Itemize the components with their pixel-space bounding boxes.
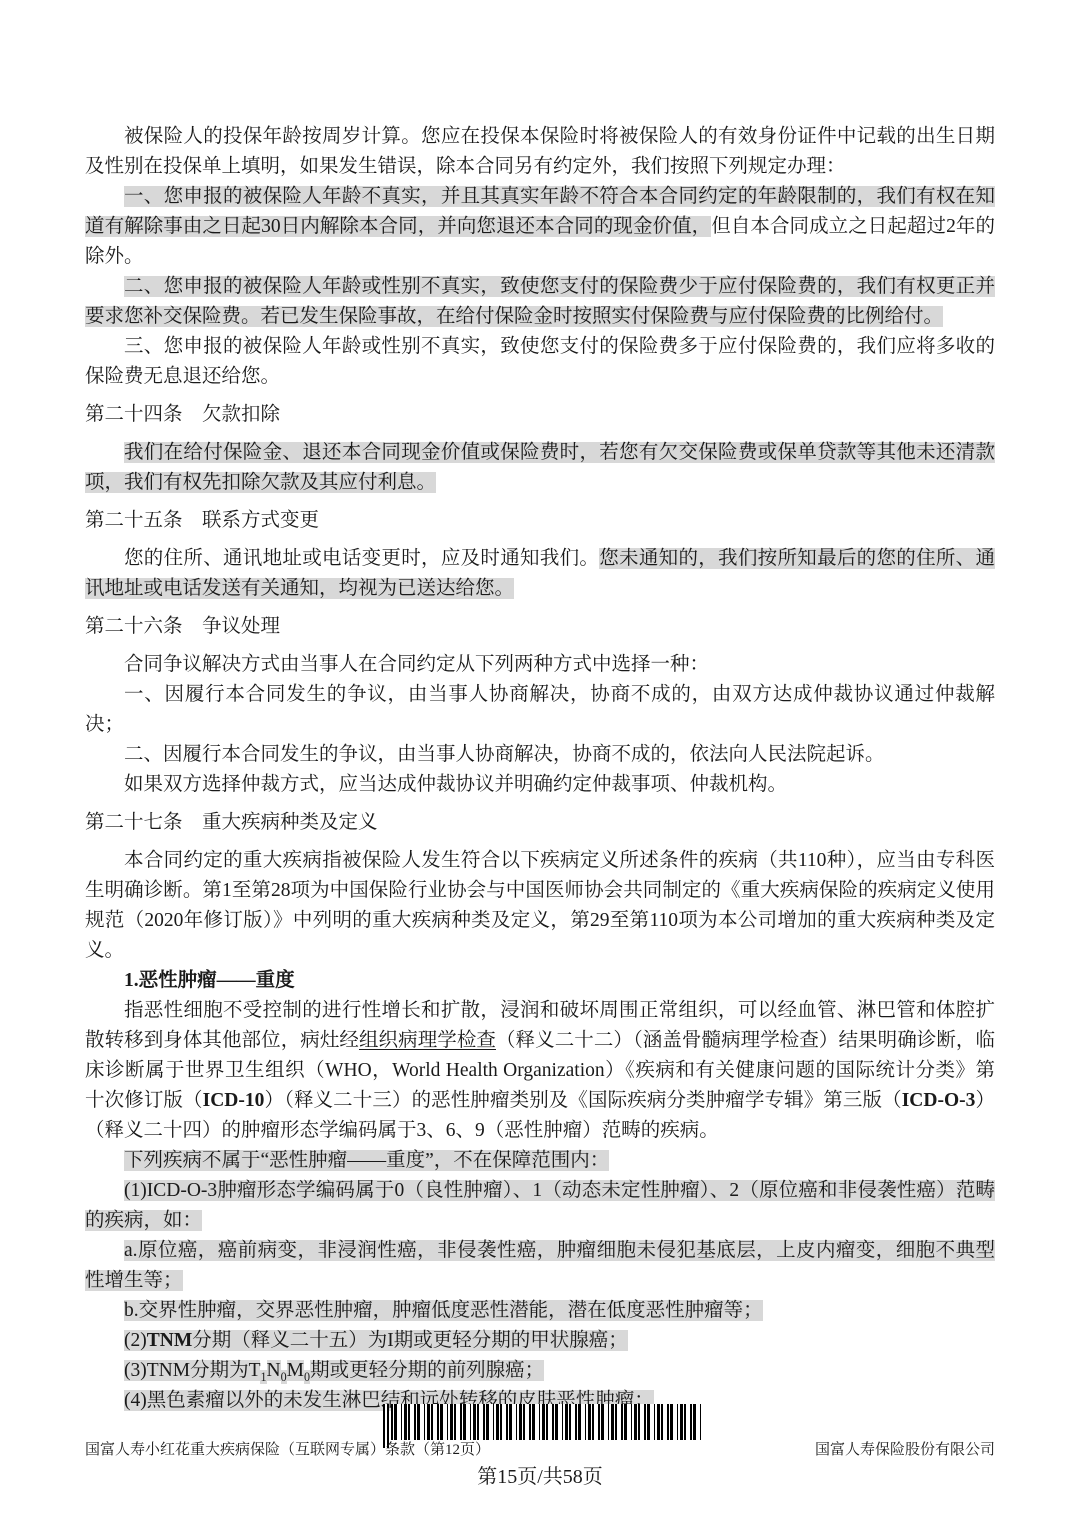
paragraph: (3)TNM分期为T1N0M0期或更轻分期的前列腺癌； [85,1356,995,1386]
text-segment: (2) [124,1330,147,1351]
section-heading: 第二十五条 联系方式变更 [85,506,995,536]
paragraph: (1)ICD-O-3肿瘤形态学编码属于0（良性肿瘤）、1（动态未定性肿瘤）、2（… [85,1176,995,1236]
paragraph: 合同争议解决方式由当事人在合同约定从下列两种方式中选择一种： [85,650,995,680]
text-segment: (1)ICD-O-3肿瘤形态学编码属于0（良性肿瘤）、1（动态未定性肿瘤）、2（… [85,1180,995,1231]
paragraph: b.交界性肿瘤，交界恶性肿瘤，肿瘤低度恶性潜能，潜在低度恶性肿瘤等； [85,1296,995,1326]
text-segment: 第二十五条 联系方式变更 [85,510,319,531]
document-body: 被保险人的投保年龄按周岁计算。您应在投保本保险时将被保险人的有效身份证件中记载的… [85,122,995,1416]
document-page: 被保险人的投保年龄按周岁计算。您应在投保本保险时将被保险人的有效身份证件中记载的… [0,0,1080,1528]
text-segment: 我们在给付保险金、退还本合同现金价值或保险费时，若您有欠交保险费或保单贷款等其他… [85,442,995,493]
text-segment: 您的住所、通讯地址或电话变更时，应及时通知我们。 [124,548,599,569]
text-segment: 如果双方选择仲裁方式，应当达成仲裁协议并明确约定仲裁事项、仲裁机构。 [124,774,787,795]
text-segment: 一、因履行本合同发生的争议，由当事人协商解决，协商不成的，由双方达成仲裁协议通过… [85,684,995,735]
paragraph: 二、因履行本合同发生的争议，由当事人协商解决，协商不成的，依法向人民法院起诉。 [85,740,995,770]
paragraph: 如果双方选择仲裁方式，应当达成仲裁协议并明确约定仲裁事项、仲裁机构。 [85,770,995,800]
page-number-indicator: 第15页/共58页 [0,1460,1080,1489]
text-segment: 下列疾病不属于“恶性肿瘤——重度”，不在保障范围内： [124,1150,609,1171]
text-segment: a.原位癌，癌前病变，非浸润性癌，非侵袭性癌，肿瘤细胞未侵犯基底层，上皮内瘤变，… [85,1240,995,1291]
text-segment: (3)TNM分期为T [124,1360,260,1381]
text-segment: 1.恶性肿瘤——重度 [124,970,295,991]
paragraph: 下列疾病不属于“恶性肿瘤——重度”，不在保障范围内： [85,1146,995,1176]
paragraph: 被保险人的投保年龄按周岁计算。您应在投保本保险时将被保险人的有效身份证件中记载的… [85,122,995,182]
text-segment: 三、您申报的被保险人年龄或性别不真实，致使您支付的保险费多于应付保险费的，我们应… [85,336,995,387]
section-heading: 第二十四条 欠款扣除 [85,400,995,430]
paragraph: (2)TNM分期（释义二十五）为I期或更轻分期的甲状腺癌； [85,1326,995,1356]
text-segment: 二、因履行本合同发生的争议，由当事人协商解决，协商不成的，依法向人民法院起诉。 [124,744,885,765]
text-segment: 期或更轻分期的前列腺癌； [310,1360,544,1381]
paragraph: 三、您申报的被保险人年龄或性别不真实，致使您支付的保险费多于应付保险费的，我们应… [85,332,995,392]
paragraph: 指恶性细胞不受控制的进行性增长和扩散，浸润和破坏周围正常组织，可以经血管、淋巴管… [85,996,995,1146]
paragraph: 我们在给付保险金、退还本合同现金价值或保险费时，若您有欠交保险费或保单贷款等其他… [85,438,995,498]
text-segment: 二、您申报的被保险人年龄或性别不真实，致使您支付的保险费少于应付保险费的，我们有… [85,276,995,327]
text-segment: ICD-O-3 [902,1090,976,1111]
footer-left-product-name: 国富人寿小红花重大疾病保险（互联网专属）条款（第12页） [85,1438,490,1459]
text-segment: 第二十七条 重大疾病种类及定义 [85,812,378,833]
barcode-icon [391,1404,701,1440]
section-heading: 第二十六条 争议处理 [85,612,995,642]
text-segment: TNM [147,1330,193,1351]
footer: 国富人寿小红花重大疾病保险（互联网专属）条款（第12页） 国富人寿保险股份有限公… [85,1438,995,1459]
footer-right-company-name: 国富人寿保险股份有限公司 [815,1438,995,1459]
paragraph: 一、因履行本合同发生的争议，由当事人协商解决，协商不成的，由双方达成仲裁协议通过… [85,680,995,740]
paragraph: 二、您申报的被保险人年龄或性别不真实，致使您支付的保险费少于应付保险费的，我们有… [85,272,995,332]
paragraph: a.原位癌，癌前病变，非浸润性癌，非侵袭性癌，肿瘤细胞未侵犯基底层，上皮内瘤变，… [85,1236,995,1296]
text-segment: 第二十六条 争议处理 [85,616,280,637]
text-segment: 1 [260,1370,266,1384]
text-segment: M [287,1360,304,1381]
text-segment: 0 [281,1370,287,1384]
paragraph: 1.恶性肿瘤——重度 [85,966,995,996]
paragraph: 本合同约定的重大疾病指被保险人发生符合以下疾病定义所述条件的疾病（共110种），… [85,846,995,966]
text-segment: 本合同约定的重大疾病指被保险人发生符合以下疾病定义所述条件的疾病（共110种），… [85,850,995,961]
barcode [383,1404,701,1442]
text-segment: 第二十四条 欠款扣除 [85,404,280,425]
text-segment: 分期（释义二十五）为I期或更轻分期的甲状腺癌； [192,1330,628,1351]
text-segment: 组织病理学检查 [359,1030,496,1051]
text-segment: 合同争议解决方式由当事人在合同约定从下列两种方式中选择一种： [124,654,709,675]
paragraph: 您的住所、通讯地址或电话变更时，应及时通知我们。您未通知的，我们按所知最后的您的… [85,544,995,604]
text-segment: ICD-10 [203,1090,265,1111]
section-heading: 第二十七条 重大疾病种类及定义 [85,808,995,838]
paragraph: 一、您申报的被保险人年龄不真实，并且其真实年龄不符合本合同约定的年龄限制的，我们… [85,182,995,272]
text-segment: 被保险人的投保年龄按周岁计算。您应在投保本保险时将被保险人的有效身份证件中记载的… [85,126,995,177]
text-segment: ）（释义二十三）的恶性肿瘤类别及《国际疾病分类肿瘤学专辑》第三版（ [264,1090,901,1111]
text-segment: N [267,1360,281,1381]
text-segment: b.交界性肿瘤，交界恶性肿瘤，肿瘤低度恶性潜能，潜在低度恶性肿瘤等； [124,1300,763,1321]
